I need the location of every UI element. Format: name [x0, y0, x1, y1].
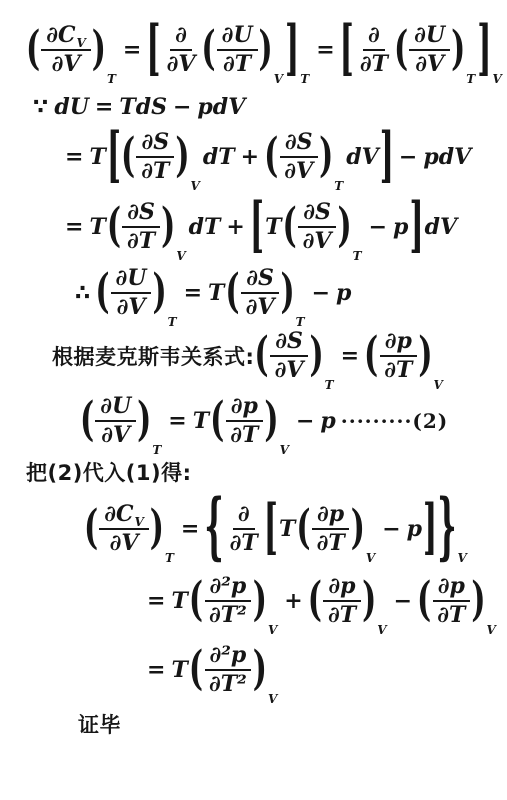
fenced-group: (∂U∂T)V	[201, 23, 285, 78]
denominator: ∂V	[47, 51, 86, 77]
subscript: V	[268, 692, 277, 706]
subscript: T	[107, 72, 116, 86]
left-delimiter: [	[264, 499, 278, 559]
fraction: ∂S∂T	[122, 200, 160, 255]
fraction: ∂∂T	[355, 23, 393, 78]
fraction: ∂CV∂V	[99, 502, 149, 557]
math-variable: p	[407, 516, 422, 542]
math-operator: −	[399, 144, 417, 170]
right-delimiter: )	[150, 506, 164, 553]
subscript: V	[274, 72, 283, 86]
math-operator: =	[181, 516, 199, 542]
math-proof-document: (∂CV∂V)T=[∂∂V(∂U∂T)V]T=[∂∂T(∂U∂V)T]V····…	[0, 0, 507, 800]
left-delimiter: (	[254, 333, 268, 380]
math-operator: −	[312, 280, 330, 306]
numerator: ∂p	[312, 502, 349, 530]
math-variable: ∂V	[117, 295, 146, 320]
fenced-group: (∂p∂T)V	[308, 574, 389, 629]
numerator: ∂²p	[205, 643, 252, 671]
equation-line-6: 根据麦克斯韦关系式:(∂S∂V)T=(∂p∂T)V	[52, 324, 507, 388]
right-delimiter: ]	[285, 20, 299, 80]
subscript: V	[366, 551, 375, 565]
numerator: ∂S	[136, 130, 174, 158]
denominator: ∂V	[270, 357, 309, 383]
left-delimiter: (	[95, 270, 109, 317]
math-variable: T	[171, 657, 187, 683]
math-variable: ∂T	[328, 603, 356, 628]
math-variable: ∂T	[230, 423, 258, 448]
subscript: T	[334, 179, 343, 193]
equation-number-label: ·········(2)	[341, 409, 449, 433]
math-variable: ∂S	[141, 130, 169, 155]
fenced-group: (∂S∂V)T	[254, 329, 335, 384]
math-variable: ∂p	[328, 574, 355, 599]
right-delimiter: )	[137, 398, 151, 445]
subscript: V	[134, 515, 143, 529]
math-operator: ∵	[33, 94, 48, 120]
subscript: V	[487, 623, 496, 637]
fenced-group: (∂U∂V)T	[80, 394, 163, 449]
math-operator: =	[65, 214, 83, 240]
math-variable: ∂U	[222, 23, 253, 48]
numerator: ∂CV	[99, 502, 149, 530]
subscript: V	[492, 72, 501, 86]
math-operator: −	[394, 588, 412, 614]
group-content: ∂p∂T	[311, 502, 351, 557]
substitute-text: 把(2)代入(1)得:	[26, 457, 192, 487]
left-delimiter: (	[364, 333, 378, 380]
math-variable: ∂S	[127, 200, 155, 225]
math-variable: ∂U	[116, 266, 147, 291]
denominator: ∂V	[96, 422, 135, 448]
fenced-group: (∂²p∂T²)V	[189, 574, 279, 629]
fraction: ∂U∂T	[217, 23, 258, 78]
group-content: ∂∂T[T(∂p∂T)V−p]	[224, 502, 438, 557]
numerator: ∂	[363, 23, 385, 51]
math-operator: −	[382, 516, 400, 542]
math-variable: p	[320, 408, 335, 434]
group-content: ∂²p∂T²	[203, 574, 253, 629]
left-delimiter: [	[146, 20, 160, 80]
left-delimiter: (	[189, 578, 203, 625]
denominator: ∂T	[218, 51, 256, 77]
left-delimiter: (	[225, 270, 239, 317]
denominator: ∂V	[410, 51, 449, 77]
math-operator: =	[123, 37, 141, 63]
fraction: ∂p∂T	[225, 394, 263, 449]
math-operator: =	[341, 343, 359, 369]
fraction: ∂p∂T	[432, 574, 470, 629]
numerator: ∂U	[217, 23, 258, 51]
math-variable: ∂	[368, 23, 380, 48]
denominator: ∂T	[379, 357, 417, 383]
fenced-group: (∂p∂T)V	[210, 394, 291, 449]
equation-line-10: =T(∂²p∂T²)V+(∂p∂T)V−(∂p∂T)V	[142, 568, 507, 634]
math-variable: ∂S	[246, 266, 274, 291]
math-variable: ∂T	[141, 159, 169, 184]
math-variable: pdV	[197, 94, 245, 120]
fenced-group: (∂²p∂T²)V	[189, 643, 279, 698]
text-line-qed: 证毕	[78, 706, 507, 742]
left-delimiter: [	[107, 127, 121, 187]
math-variable: ∂V	[284, 159, 313, 184]
right-delimiter: )	[264, 398, 278, 445]
math-variable: ∂p	[231, 394, 258, 419]
left-delimiter: (	[308, 578, 322, 625]
numerator: ∂p	[226, 394, 263, 422]
fenced-group: [(∂S∂T)VdT+(∂S∂V)TdV]	[107, 130, 394, 185]
denominator: ∂T	[122, 228, 160, 254]
left-delimiter: (	[417, 578, 431, 625]
fraction: ∂p∂T	[312, 502, 350, 557]
left-delimiter: (	[210, 398, 224, 445]
denominator: ∂V	[279, 158, 318, 184]
math-operator: =	[168, 408, 186, 434]
right-delimiter: )	[253, 578, 267, 625]
fenced-group: (∂p∂T)V	[417, 574, 498, 629]
subscript: V	[268, 623, 277, 637]
math-variable: T	[208, 280, 224, 306]
fenced-group: (∂p∂T)V	[296, 502, 377, 557]
fraction: ∂S∂V	[270, 329, 309, 384]
math-variable: ∂T²	[209, 672, 247, 697]
math-variable: ∂V	[415, 52, 444, 77]
right-delimiter: )	[451, 27, 465, 74]
fenced-group: [∂∂V(∂U∂T)V]T	[146, 23, 311, 78]
denominator: ∂V	[105, 530, 144, 556]
math-variable: dT	[203, 144, 235, 170]
subscript: T	[300, 72, 309, 86]
right-delimiter: )	[253, 647, 267, 694]
numerator: ∂S	[298, 200, 336, 228]
denominator: ∂T	[225, 422, 263, 448]
math-variable: T	[89, 144, 105, 170]
left-delimiter: (	[107, 204, 121, 251]
math-operator: =	[65, 144, 83, 170]
math-variable: ∂U	[414, 23, 445, 48]
math-variable: T	[279, 516, 295, 542]
group-content: T(∂p∂T)V−p	[278, 502, 423, 557]
denominator: ∂V	[241, 294, 280, 320]
math-variable: dV	[425, 214, 457, 240]
fraction: ∂∂V	[162, 23, 201, 78]
group-content: ∂p∂T	[224, 394, 264, 449]
group-content: ∂p∂T	[378, 329, 418, 384]
group-content: ∂CV∂V	[98, 502, 150, 557]
denominator: ∂T	[225, 530, 263, 556]
right-delimiter: )	[259, 27, 273, 74]
subscript: V	[458, 551, 467, 565]
left-delimiter: [	[250, 197, 264, 257]
subscript: V	[434, 378, 443, 392]
numerator: ∂U	[111, 266, 152, 294]
right-delimiter: )	[319, 134, 333, 181]
math-variable: ∂	[175, 23, 187, 48]
numerator: ∂CV	[41, 23, 91, 51]
math-variable: pdV	[423, 144, 471, 170]
left-delimiter: (	[121, 134, 135, 181]
denominator: ∂T²	[204, 602, 252, 628]
subscript: V	[176, 249, 185, 263]
subscript: V	[76, 36, 85, 50]
group-content: ∂S∂V	[297, 200, 338, 255]
equation-line-11: =T(∂²p∂T²)V	[142, 634, 507, 706]
numerator: ∂S	[280, 130, 318, 158]
fenced-group: {∂∂T[T(∂p∂T)V−p]}V	[204, 502, 468, 557]
fraction: ∂²p∂T²	[204, 643, 252, 698]
group-content: ∂p∂T	[322, 574, 362, 629]
math-variable: ∂T	[360, 52, 388, 77]
subscript: T	[152, 443, 161, 457]
fenced-group: (∂U∂V)T	[95, 266, 178, 321]
subscript: V	[280, 443, 289, 457]
fenced-group: [T(∂S∂V)T−p]	[250, 200, 424, 255]
group-content: ∂S∂V	[278, 130, 319, 185]
numerator: ∂p	[323, 574, 360, 602]
math-operator: +	[226, 214, 244, 240]
left-delimiter: (	[394, 27, 408, 74]
right-delimiter: )	[92, 27, 106, 74]
group-content: (∂S∂T)VdT+(∂S∂V)TdV	[121, 130, 380, 185]
left-delimiter: (	[26, 27, 40, 74]
math-operator: =	[95, 94, 113, 120]
right-delimiter: ]	[477, 20, 491, 80]
denominator: ∂T²	[204, 671, 252, 697]
math-variable: ∂U	[100, 394, 131, 419]
math-operator: =	[147, 657, 165, 683]
fenced-group: (∂p∂T)V	[364, 329, 445, 384]
subscript: T	[325, 378, 334, 392]
right-delimiter: )	[337, 204, 351, 251]
math-operator: =	[147, 588, 165, 614]
math-variable: ∂p	[385, 329, 412, 354]
fenced-group: [∂∂T(∂U∂V)T]V	[340, 23, 504, 78]
fraction: ∂S∂T	[136, 130, 174, 185]
group-content: ∂S∂T	[121, 200, 161, 255]
group-content: ∂U∂T	[216, 23, 259, 78]
group-content: ∂S∂V	[240, 266, 281, 321]
right-delimiter: )	[152, 270, 166, 317]
math-variable: ∂V	[167, 52, 196, 77]
left-delimiter: (	[80, 398, 94, 445]
subscript: T	[353, 249, 362, 263]
math-variable: ∂p	[438, 574, 465, 599]
fraction: ∂U∂V	[95, 394, 136, 449]
subscript: V	[377, 623, 386, 637]
right-delimiter: )	[280, 270, 294, 317]
math-variable: ∂T	[230, 531, 258, 556]
math-variable: ∂²p	[210, 574, 247, 599]
math-variable: p	[393, 214, 408, 240]
right-delimiter: )	[418, 333, 432, 380]
denominator: ∂V	[162, 51, 201, 77]
fraction: ∂p∂T	[379, 329, 417, 384]
equation-line-2: ∵dU=TdS−pdV	[28, 92, 507, 122]
qed-text: 证毕	[78, 709, 121, 739]
group-content: ∂∂T(∂U∂V)T	[354, 23, 477, 78]
numerator: ∂	[170, 23, 192, 51]
left-delimiter: (	[189, 647, 203, 694]
numerator: ∂U	[95, 394, 136, 422]
math-variable: ∂V	[303, 229, 332, 254]
right-delimiter: )	[471, 578, 485, 625]
group-content: T(∂S∂V)T−p	[264, 200, 409, 255]
math-variable: ∂T	[317, 531, 345, 556]
math-variable: ∂T	[384, 358, 412, 383]
numerator: ∂S	[241, 266, 279, 294]
math-variable: ∂V	[275, 358, 304, 383]
right-delimiter: ]	[409, 197, 423, 257]
fenced-group: (∂U∂V)T	[394, 23, 477, 78]
math-variable: ∂V	[101, 423, 130, 448]
subscript: V	[191, 179, 200, 193]
group-content: ∂S∂T	[135, 130, 175, 185]
subscript: T	[168, 315, 177, 329]
numerator: ∂S	[122, 200, 160, 228]
math-variable: ∂T	[127, 229, 155, 254]
group-content: ∂U∂V	[110, 266, 153, 321]
group-content: ∂U∂V	[408, 23, 451, 78]
left-delimiter: (	[201, 27, 215, 74]
math-variable: T	[171, 588, 187, 614]
math-variable: T	[193, 408, 209, 434]
group-content: ∂p∂T	[431, 574, 471, 629]
left-delimiter: [	[340, 20, 354, 80]
math-variable: ∂V	[110, 531, 139, 556]
right-delimiter: )	[351, 506, 365, 553]
math-operator: =	[316, 37, 334, 63]
denominator: ∂T	[323, 602, 361, 628]
text-line-substitute: 把(2)代入(1)得:	[26, 454, 507, 490]
fenced-group: (∂S∂V)T	[264, 130, 345, 185]
left-delimiter: (	[296, 506, 310, 553]
denominator: ∂V	[298, 228, 337, 254]
fraction: ∂p∂T	[323, 574, 361, 629]
math-variable: dT	[189, 214, 221, 240]
fraction: ∂S∂V	[298, 200, 337, 255]
right-delimiter: }	[437, 493, 456, 565]
right-delimiter: ]	[380, 127, 394, 187]
equation-line-1: (∂CV∂V)T=[∂∂V(∂U∂T)V]T=[∂∂T(∂U∂V)T]V····…	[26, 8, 507, 92]
group-content: ∂²p∂T²	[203, 643, 253, 698]
math-variable: ∂T²	[209, 603, 247, 628]
right-delimiter: ]	[423, 499, 437, 559]
fraction: ∂CV∂V	[41, 23, 91, 78]
math-variable: ∂CV	[104, 502, 144, 527]
numerator: ∂p	[433, 574, 470, 602]
math-variable: ∂T	[223, 52, 251, 77]
math-variable: T	[265, 214, 281, 240]
right-delimiter: )	[161, 204, 175, 251]
subscript: T	[165, 551, 174, 565]
denominator: ∂T	[355, 51, 393, 77]
right-delimiter: )	[309, 333, 323, 380]
equation-line-9: (∂CV∂V)T={∂∂T[T(∂p∂T)V−p]}V	[84, 490, 507, 568]
math-variable: ∂S	[285, 130, 313, 155]
numerator: ∂p	[380, 329, 417, 357]
math-operator: −	[173, 94, 191, 120]
left-delimiter: (	[282, 204, 296, 251]
math-variable: ∂S	[275, 329, 303, 354]
math-variable: ∂p	[317, 502, 344, 527]
numerator: ∂²p	[205, 574, 252, 602]
fenced-group: [T(∂p∂T)V−p]	[264, 502, 437, 557]
math-variable: ∂	[238, 502, 250, 527]
math-operator: +	[241, 144, 259, 170]
left-delimiter: (	[84, 506, 98, 553]
fraction: ∂U∂V	[409, 23, 450, 78]
group-content: ∂∂V(∂U∂T)V	[161, 23, 285, 78]
math-variable: p	[336, 280, 351, 306]
right-delimiter: )	[362, 578, 376, 625]
numerator: ∂U	[409, 23, 450, 51]
fenced-group: (∂S∂T)V	[121, 130, 202, 185]
denominator: ∂V	[112, 294, 151, 320]
math-operator: ∴	[75, 280, 90, 306]
equation-line-7: (∂U∂V)T=T(∂p∂T)V−p·········(2)	[80, 388, 507, 454]
math-variable: T	[89, 214, 105, 240]
denominator: ∂T	[136, 158, 174, 184]
fenced-group: (∂S∂V)T	[282, 200, 363, 255]
fraction: ∂²p∂T²	[204, 574, 252, 629]
fenced-group: (∂CV∂V)T	[26, 23, 118, 78]
math-variable: ∂S	[303, 200, 331, 225]
fraction: ∂S∂V	[241, 266, 280, 321]
group-content: ∂CV∂V	[40, 23, 92, 78]
left-delimiter: {	[204, 493, 223, 565]
math-operator: =	[184, 280, 202, 306]
fraction: ∂∂T	[225, 502, 263, 557]
math-variable: TdS	[119, 94, 167, 120]
subscript: T	[466, 72, 475, 86]
math-operator: +	[284, 588, 302, 614]
fenced-group: (∂S∂V)T	[225, 266, 306, 321]
left-delimiter: (	[264, 134, 278, 181]
right-delimiter: )	[175, 134, 189, 181]
equation-line-4: =T(∂S∂T)VdT+[T(∂S∂V)T−p]dV	[60, 192, 507, 262]
fenced-group: (∂CV∂V)T	[84, 502, 176, 557]
math-operator: −	[369, 214, 387, 240]
denominator: ∂T	[432, 602, 470, 628]
math-variable: ∂T	[437, 603, 465, 628]
text-cjk: 根据麦克斯韦关系式:	[52, 341, 254, 371]
equation-line-3: =T[(∂S∂T)VdT+(∂S∂V)TdV]−pdV	[60, 122, 507, 192]
fenced-group: (∂S∂T)V	[107, 200, 188, 255]
group-content: ∂S∂V	[269, 329, 310, 384]
math-variable: dU	[54, 94, 89, 120]
denominator: ∂T	[312, 530, 350, 556]
numerator: ∂	[233, 502, 255, 530]
numerator: ∂S	[270, 329, 308, 357]
group-content: ∂U∂V	[94, 394, 137, 449]
fraction: ∂U∂V	[111, 266, 152, 321]
math-variable: ∂CV	[46, 23, 86, 48]
math-operator: −	[296, 408, 314, 434]
math-variable: dV	[346, 144, 378, 170]
math-variable: ∂V	[246, 295, 275, 320]
equation-line-5: ∴(∂U∂V)T=T(∂S∂V)T−p	[70, 262, 507, 324]
math-variable: ∂²p	[210, 643, 247, 668]
math-variable: ∂V	[52, 52, 81, 77]
fraction: ∂S∂V	[279, 130, 318, 185]
